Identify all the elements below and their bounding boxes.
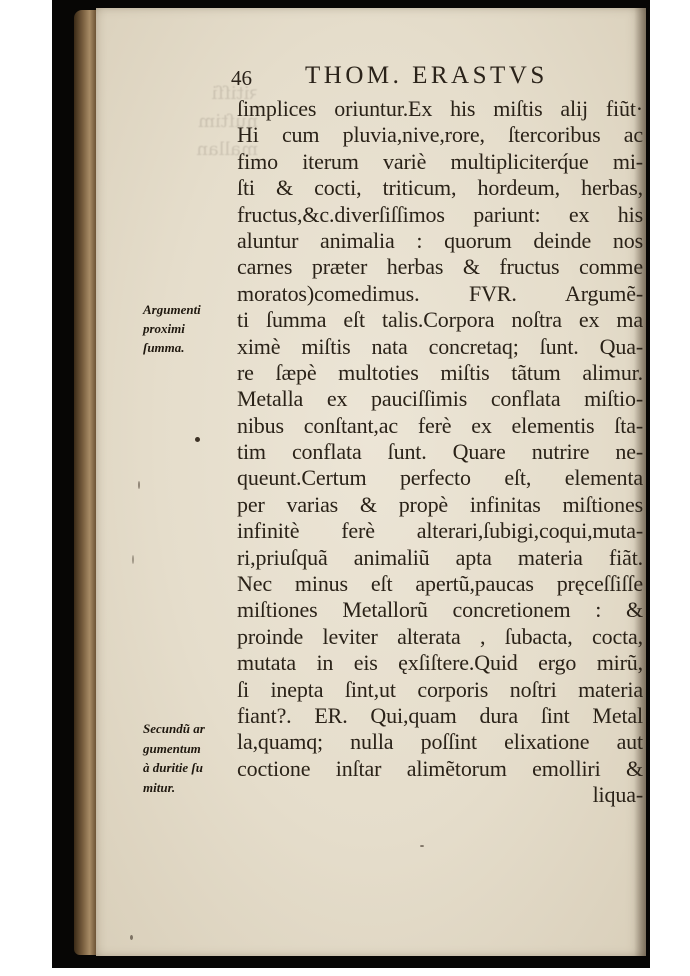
text-line: Nec minus eſt apertũ,paucas pręceſſiſſe: [237, 571, 643, 597]
marginal-note-line: Argumenti: [143, 301, 201, 320]
marginal-note-line: ſumma.: [143, 339, 201, 358]
text-line: proinde leviter alterata , ſubacta, coct…: [237, 624, 643, 650]
text-line: ſi inepta ſint,ut corporis noſtri materi…: [237, 677, 643, 703]
catchword: liqua-: [237, 782, 643, 808]
text-line: tim conflata ſunt. Quare nutrire ne-: [237, 439, 643, 465]
text-line: aluntur animalia : quorum deinde nos: [237, 228, 643, 254]
text-line: ri,priuſquã animaliũ apta materia fiãt.: [237, 545, 643, 571]
marginal-note-line: mitur.: [143, 779, 205, 799]
marginal-note-line: gumentum: [143, 740, 205, 760]
page-header: 46 THOM. ERASTVS: [231, 62, 631, 96]
text-line: miſtiones Metallorũ concretionem : &: [237, 597, 643, 623]
text-line: nibus conſtant,ac ferè ex elementis ſta-: [237, 413, 643, 439]
text-line: carnes præter herbas & fructus comme: [237, 254, 643, 280]
paper-speck: [138, 481, 140, 489]
paper-speck: [195, 437, 200, 442]
text-line: fructus,&c.diverſiſſimos pariunt: ex his: [237, 202, 643, 228]
text-line: Metalla ex pauciſſimis conflata miſtio-: [237, 386, 643, 412]
text-line: fimo iterum variè multipliciterq́ue mi-: [237, 149, 643, 175]
paper-speck: [132, 555, 134, 564]
body-text: ſimplices oriuntur.Ex his miſtis alij fi…: [237, 96, 643, 809]
marginal-note: Argumenti proximi ſumma.: [143, 301, 201, 358]
text-line: ſti & cocti, triticum, hordeum, herbas,: [237, 175, 643, 201]
text-line: la,quamq; nulla poſſint elixatione aut: [237, 729, 643, 755]
text-line: ſimplices oriuntur.Ex his miſtis alij fi…: [237, 96, 643, 122]
text-line: fiant?. ER. Qui,quam dura ſint Metal: [237, 703, 643, 729]
text-line: per varias & propè infinitas miſtiones: [237, 492, 643, 518]
running-title: THOM. ERASTVS: [305, 62, 548, 90]
text-line: re ſæpè multoties miſtis tãtum alimur.: [237, 360, 643, 386]
text-line: ti ſumma eſt talis.Corpora noſtra ex ma: [237, 307, 643, 333]
marginal-note-line: proximi: [143, 320, 201, 339]
text-line: ximè miſtis nata concretaq; ſunt. Qua-: [237, 334, 643, 360]
marginal-note: Secundũ ar gumentum à duritie ſu mitur.: [143, 720, 205, 798]
text-line: queunt.Certum perfecto eſt, elementa: [237, 465, 643, 491]
text-line: infinitè ferè alterari,ſubigi,coqui,muta…: [237, 518, 643, 544]
marginal-note-line: à duritie ſu: [143, 759, 205, 779]
marginal-note-line: Secundũ ar: [143, 720, 205, 740]
text-line: Hi cum pluvia,nive,rore, ſtercoribus ac: [237, 122, 643, 148]
paper-speck: [130, 935, 133, 940]
text-line: moratos)comedimus. FVR. Argumẽ-: [237, 281, 643, 307]
text-line: mutata in eis ęxſiſtere.Quid ergo mirũ,: [237, 650, 643, 676]
paper-speck: [420, 845, 424, 847]
text-line: coctione inſtar alimẽtorum emolliri &: [237, 756, 643, 782]
page-number: 46: [231, 66, 252, 91]
